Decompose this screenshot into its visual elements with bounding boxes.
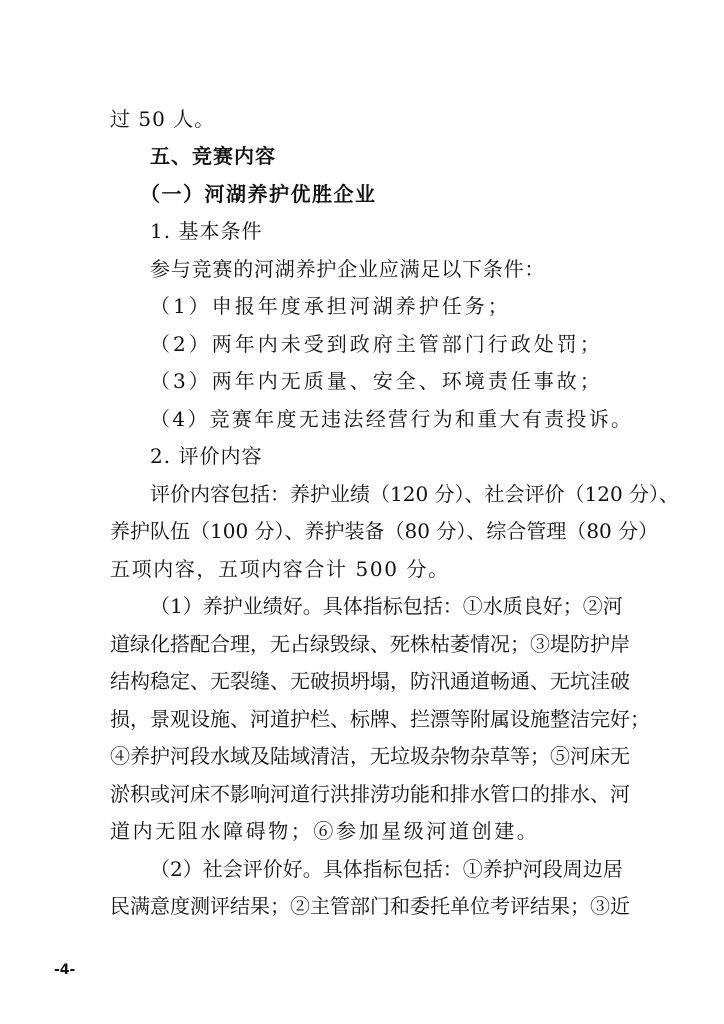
criteria-social-line-2: 民满意度测评结果；②主管部门和委托单位考评结果；③近 xyxy=(110,893,615,919)
item-heading-evaluation-content: 2. 评价内容 xyxy=(150,443,660,469)
criteria-performance-line-1: （1）养护业绩好。具体指标包括：①水质良好；②河 xyxy=(150,593,615,619)
condition-item-1: （1）申报年度承担河湖养护任务； xyxy=(150,293,660,319)
criteria-performance-line-4: 损，景观设施、河道护栏、标牌、拦漂等附属设施整洁完好； xyxy=(110,706,615,732)
item-heading-basic-conditions: 1. 基本条件 xyxy=(150,218,660,244)
criteria-performance-line-6: 淤积或河床不影响河道行洪排涝功能和排水管口的排水、河 xyxy=(110,781,615,807)
condition-item-2: （2）两年内未受到政府主管部门行政处罚； xyxy=(150,331,660,357)
criteria-social-line-1: （2）社会评价好。具体指标包括：①养护河段周边居 xyxy=(150,856,615,882)
criteria-performance-line-2: 道绿化搭配合理，无占绿毁绿、死株枯萎情况；③堤防护岸 xyxy=(110,631,615,657)
body-text-evaluation-line-3: 五项内容，五项内容合计 500 分。 xyxy=(110,556,620,582)
criteria-performance-line-5: ④养护河段水域及陆域清洁，无垃圾杂物杂草等；⑤河床无 xyxy=(110,743,615,769)
body-text-conditions-intro: 参与竞赛的河湖养护企业应满足以下条件： xyxy=(150,256,660,282)
page-number: -4- xyxy=(54,962,75,978)
condition-item-3: （3）两年内无质量、安全、环境责任事故； xyxy=(150,368,660,394)
body-text-evaluation-line-1: 评价内容包括：养护业绩（120 分）、社会评价（120 分）、 xyxy=(150,481,615,507)
document-page: 过 50 人。 五、竞赛内容 （一）河湖养护优胜企业 1. 基本条件 参与竞赛的… xyxy=(0,0,724,1024)
condition-item-4: （4）竞赛年度无违法经营行为和重大有责投诉。 xyxy=(150,406,660,432)
body-text-continuation: 过 50 人。 xyxy=(110,106,190,132)
criteria-performance-line-7: 道内无阻水障碍物；⑥参加星级河道创建。 xyxy=(110,818,620,844)
body-text-evaluation-line-2: 养护队伍（100 分）、养护装备（80 分）、综合管理（80 分） xyxy=(110,518,615,544)
criteria-performance-line-3: 结构稳定、无裂缝、无破损坍塌，防汛通道畅通、无坑洼破 xyxy=(110,668,615,694)
section-heading-competition-content: 五、竞赛内容 xyxy=(150,143,660,169)
subsection-heading-river-lake-enterprise: （一）河湖养护优胜企业 xyxy=(140,181,650,207)
